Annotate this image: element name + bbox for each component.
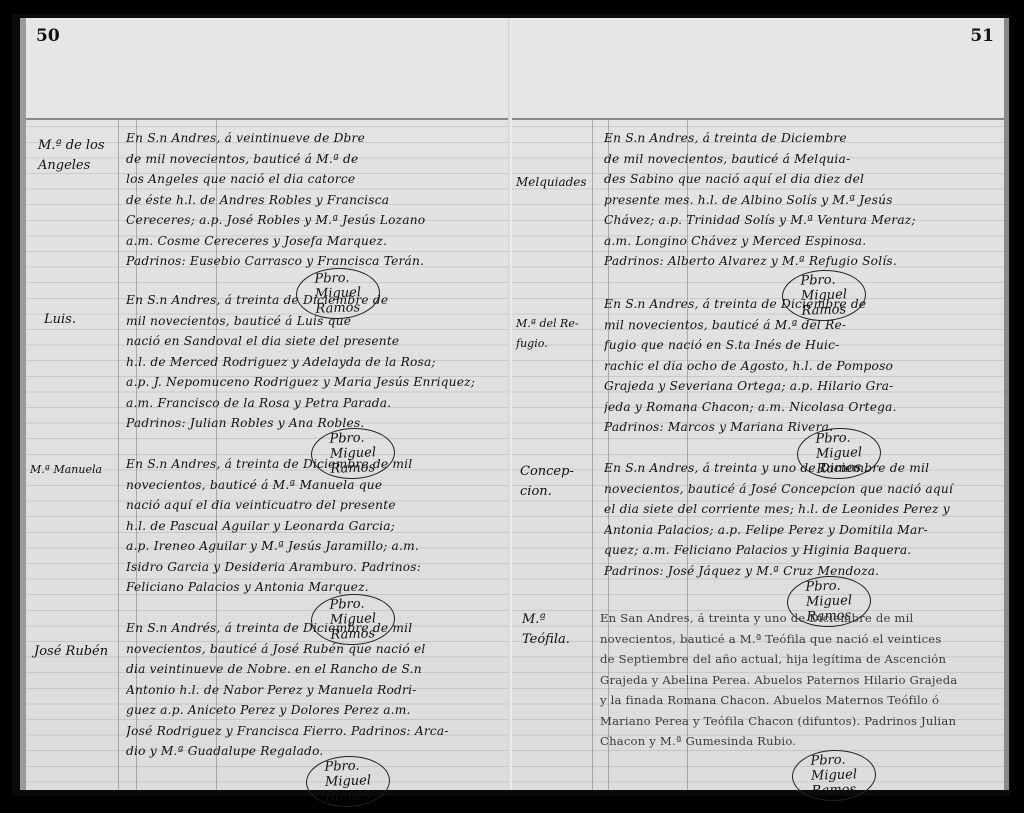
left-page-header — [26, 18, 516, 118]
column-rule — [118, 118, 119, 790]
left-page: 50 M.ª de los Angeles En S.n Andres, á v… — [20, 18, 516, 790]
entry-line: En S.n Andres, á treinta de Diciembre — [604, 128, 999, 149]
entry-line: a.p. Ireneo Aguilar y M.ª Jesús Jaramill… — [126, 536, 511, 557]
entry-line: En S.n Andres, á treinta de Diciembre de — [604, 294, 999, 315]
entry-name: M.ª Manuela — [30, 460, 130, 480]
entry-name: M.ª del Re- fugio. — [516, 314, 608, 354]
column-rule — [592, 118, 593, 790]
entry-line: guez a.p. Aniceto Perez y Dolores Perez … — [126, 700, 511, 721]
entry-line: Padrinos: Eusebio Carrasco y Francisca T… — [126, 251, 511, 272]
entry-line: Grajeda y Severiana Ortega; a.p. Hilario… — [604, 376, 999, 397]
entry-line: novecientos, bauticé á José Concepcion q… — [604, 479, 999, 500]
priest-signature: Pbro. Miguel Ramos — [305, 755, 391, 809]
entry-line: h.l. de Pascual Aguilar y Leonarda Garci… — [126, 516, 511, 537]
entry-name: Concep- cion. — [520, 462, 612, 502]
entry-line: Padrinos: Alberto Alvarez y M.ª Refugio … — [604, 251, 999, 272]
entry-line: Chávez; a.p. Trinidad Solís y M.ª Ventur… — [604, 210, 999, 231]
entry-text: En S.n Andrés, á treinta de Diciembre de… — [126, 618, 511, 762]
entry-line: Isidro Garcia y Desideria Aramburo. Padr… — [126, 557, 511, 578]
entry-text: En S.n Andres, á treinta y uno de Diciem… — [604, 458, 999, 581]
entry-text: En S.n Andres, á treinta de Diciembre de… — [604, 294, 999, 438]
entry-line: Padrinos: Marcos y Mariana Rivera. — [604, 417, 999, 438]
entry-line: a.m. Cosme Cereceres y Josefa Marquez. — [126, 231, 511, 252]
entry-line: novecientos, bauticé á M.ª Manuela que — [126, 475, 511, 496]
entry-line: a.m. Longino Chávez y Merced Espinosa. — [604, 231, 999, 252]
header-rule — [512, 118, 1004, 120]
entry-line: nació en Sandoval el dia siete del prese… — [126, 331, 511, 352]
entry-text: En S.n Andres, á veintinueve de Dbre de … — [126, 128, 511, 272]
entry-name: Luis. — [44, 310, 136, 330]
entry-line: novecientos, bauticé a M.ª Teófila que n… — [600, 629, 1000, 650]
register-book: 50 M.ª de los Angeles En S.n Andres, á v… — [12, 14, 1010, 796]
entry-line: dia veintinueve de Nobre. en el Rancho d… — [126, 659, 511, 680]
entry-line: de éste h.l. de Andres Robles y Francisc… — [126, 190, 511, 211]
entry-line: a.p. J. Nepomuceno Rodriguez y Maria Jes… — [126, 372, 511, 393]
entry-line: Mariano Perea y Teófila Chacon (difuntos… — [600, 711, 1000, 732]
entry-name: M.ª de los Angeles — [38, 136, 130, 176]
entry-line: Grajeda y Abelina Perea. Abuelos Paterno… — [600, 670, 1000, 691]
entry-line: presente mes. h.l. de Albino Solís y M.ª… — [604, 190, 999, 211]
entry-line: En S.n Andres, á treinta y uno de Diciem… — [604, 458, 999, 479]
right-page-header — [512, 18, 1004, 118]
entry-line: Antonio h.l. de Nabor Perez y Manuela Ro… — [126, 680, 511, 701]
entry-line: Chacon y M.ª Gumesinda Rubio. — [600, 731, 1000, 752]
entry-line: Antonia Palacios; a.p. Felipe Perez y Do… — [604, 520, 999, 541]
entry-text: En San Andres, á treinta y uno de Diciem… — [600, 608, 1000, 752]
entry-line: quez; a.m. Feliciano Palacios y Higinia … — [604, 540, 999, 561]
entry-line: En S.n Andres, á veintinueve de Dbre — [126, 128, 511, 149]
entry-name: José Rubén — [34, 642, 126, 662]
page-number: 51 — [970, 26, 994, 46]
page-number: 50 — [36, 26, 60, 46]
entry-line: José Rodriguez y Francisca Fierro. Padri… — [126, 721, 511, 742]
entry-line: En San Andres, á treinta y uno de Diciem… — [600, 608, 1000, 629]
entry-line: de mil novecientos, bauticé á M.ª de — [126, 149, 511, 170]
header-rule — [26, 118, 516, 120]
entry-line: los Angeles que nació el dia catorce — [126, 169, 511, 190]
priest-signature: Pbro. Miguel Ramos — [791, 749, 877, 803]
entry-line: Padrinos: Julian Robles y Ana Robles. — [126, 413, 511, 434]
entry-text: En S.n Andres, á treinta de Diciembre de… — [126, 454, 511, 598]
right-page: 51 Melquiades En S.n Andres, á treinta d… — [512, 18, 1009, 790]
entry-line: Cereceres; a.p. José Robles y M.ª Jesús … — [126, 210, 511, 231]
entry-line: a.m. Francisco de la Rosa y Petra Parada… — [126, 393, 511, 414]
entry-line: h.l. de Merced Rodriguez y Adelayda de l… — [126, 352, 511, 373]
entry-line: de Septiembre del año actual, hija legít… — [600, 649, 1000, 670]
entry-line: mil novecientos, bauticé á M.ª del Re- — [604, 315, 999, 336]
entry-line: mil novecientos, bauticé á Luis que — [126, 311, 511, 332]
entry-line: novecientos, bauticé á José Rubén que na… — [126, 639, 511, 660]
entry-line: des Sabino que nació aquí el dia diez de… — [604, 169, 999, 190]
entry-line: Padrinos: José Jáquez y M.ª Cruz Mendoza… — [604, 561, 999, 582]
entry-line: rachic el dia ocho de Agosto, h.l. de Po… — [604, 356, 999, 377]
entry-line: En S.n Andres, á treinta de Diciembre de — [126, 290, 511, 311]
entry-line: jeda y Romana Chacon; a.m. Nicolasa Orte… — [604, 397, 999, 418]
entry-line: fugio que nació en S.ta Inés de Huic- — [604, 335, 999, 356]
entry-name: Melquiades — [516, 172, 608, 192]
entry-text: En S.n Andres, á treinta de Diciembre de… — [604, 128, 999, 272]
entry-line: y la finada Romana Chacon. Abuelos Mater… — [600, 690, 1000, 711]
entry-line: de mil novecientos, bauticé á Melquia- — [604, 149, 999, 170]
entry-line: dio y M.ª Guadalupe Regalado. — [126, 741, 511, 762]
entry-text: En S.n Andres, á treinta de Diciembre de… — [126, 290, 511, 434]
entry-line: Feliciano Palacios y Antonia Marquez. — [126, 577, 511, 598]
entry-line: En S.n Andrés, á treinta de Diciembre de… — [126, 618, 511, 639]
entry-line: En S.n Andres, á treinta de Diciembre de… — [126, 454, 511, 475]
entry-line: nació aquí el dia veinticuatro del prese… — [126, 495, 511, 516]
entry-line: el dia siete del corriente mes; h.l. de … — [604, 499, 999, 520]
